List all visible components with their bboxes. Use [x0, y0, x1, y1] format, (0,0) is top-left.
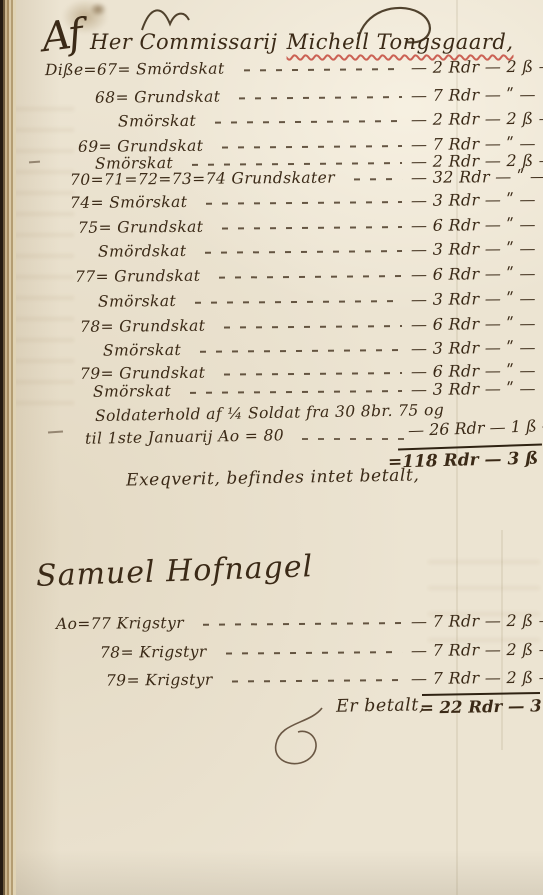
sum-rule [422, 692, 540, 696]
row-label: 77= Grundskat [75, 267, 200, 286]
row-label: 78= Krigstyr [100, 643, 207, 662]
row-label: Smördskat [98, 242, 187, 261]
row-amount: — 7 Rdr — ʺ — [411, 84, 541, 104]
soldaterhold-line1: Soldaterhold af ¼ Soldat fra 30 8br. 75 … [95, 401, 444, 425]
dotted-leader [190, 349, 402, 353]
ledger-row: 74= Smörskat — 3 Rdr — ʺ — [40, 189, 541, 213]
row-amount: — 3 Rdr — ʺ — [411, 378, 541, 398]
row-amount: — 6 Rdr — ʺ — [411, 263, 541, 283]
row-label: Smörskat [93, 382, 171, 401]
row-label: Ao=77 Krigstyr [56, 614, 184, 633]
row-amount: — 7 Rdr — 2 ß — [411, 639, 541, 659]
row-amount: — 3 Rdr — ʺ — [411, 288, 541, 308]
ledger-row: 77= Grundskat — 6 Rdr — ʺ — [40, 263, 541, 287]
pen-flourish-loop [262, 702, 346, 786]
dotted-leader [209, 275, 402, 279]
dotted-leader [185, 300, 402, 304]
dotted-leader [212, 145, 402, 149]
dotted-leader [214, 372, 402, 376]
row-label: Smörskat [103, 341, 181, 360]
row-amount: — 7 Rdr — 2 ß — [411, 610, 541, 630]
ledger-row: 68= Grundskat — 7 Rdr — ʺ — [40, 84, 541, 108]
ledger-row: Smörskat — 3 Rdr — ʺ — [40, 337, 541, 361]
ledger-row: Smörskat — 3 Rdr — ʺ — [40, 288, 541, 312]
row-label: 70=71=72=73=74 Grundskater [70, 169, 335, 189]
row-amount: — 6 Rdr — ʺ — [411, 313, 541, 333]
dotted-leader [222, 679, 402, 683]
row-label: 79= Krigstyr [106, 671, 213, 690]
title-initial: Af [40, 18, 83, 55]
section2-total: = 22 Rdr — 3 ß — [420, 696, 543, 718]
soldaterhold-line2: til 1ste Januarij Ao = 80 [85, 426, 284, 447]
row-amount: — 3 Rdr — ʺ — [411, 337, 541, 357]
dotted-leader [182, 162, 402, 166]
ledger-row: 75= Grundskat — 6 Rdr — ʺ — [40, 214, 541, 238]
exequerit-note: Exeqverit, befindes intet betalt, [126, 465, 420, 490]
section2-name: Samuel Hofnagel [35, 549, 313, 594]
row-amount: — 3 Rdr — ʺ — [411, 189, 541, 209]
ledger-row: Smörskat — 2 Rdr — 2 ß — [40, 108, 541, 132]
row-amount: — 6 Rdr — ʺ — [411, 214, 541, 234]
ledger-row: Smörskat — 3 Rdr — ʺ — [40, 378, 541, 402]
row-amount: — 7 Rdr — 2 ß — [411, 667, 541, 687]
dotted-leader [344, 178, 402, 181]
row-label: Diße=67= Smördskat [45, 60, 225, 80]
dotted-leader [205, 120, 402, 124]
row-label: 74= Smörskat [70, 193, 187, 212]
dotted-leader [292, 438, 404, 440]
row-amount: — 3 Rdr — ʺ — [411, 238, 541, 258]
ledger-row: 78= Grundskat — 6 Rdr — ʺ — [40, 313, 541, 337]
dotted-leader [229, 96, 402, 100]
book-binding [0, 0, 16, 895]
section1-header: Af Her Commissarij Michell Tongsgaard, [42, 20, 514, 54]
ink-bleedthrough [428, 538, 540, 650]
title-prefix: Her Commissarij [90, 30, 278, 54]
row-label: 78= Grundskat [80, 317, 205, 336]
row-label: Smörskat [98, 292, 176, 311]
dotted-leader [193, 622, 402, 626]
row-label: Smörskat [118, 112, 196, 131]
dotted-leader [212, 226, 402, 230]
ledger-row: 78= Krigstyr — 7 Rdr — 2 ß — [40, 639, 541, 663]
row-label: 75= Grundskat [78, 218, 203, 237]
row-label: 68= Grundskat [95, 88, 220, 107]
dotted-leader [214, 325, 402, 329]
dotted-leader [234, 68, 402, 71]
dotted-leader [216, 651, 402, 655]
paid-label: Er betalt, [336, 695, 425, 717]
dotted-leader [195, 250, 402, 254]
margin-dash [48, 430, 63, 433]
ledger-row: Smördskat — 3 Rdr — ʺ — [40, 238, 541, 262]
commissary-name: Michell Tongsgaard, [287, 30, 514, 54]
row-amount: — 32 Rdr — ʺ — [411, 166, 541, 186]
ledger-row: 79= Krigstyr — 7 Rdr — 2 ß — [40, 667, 541, 691]
manuscript-page: Af Her Commissarij Michell Tongsgaard, D… [0, 0, 543, 895]
dotted-leader [180, 390, 402, 394]
row-amount: — 2 Rdr — 2 ß — [411, 108, 541, 128]
ledger-row: 70=71=72=73=74 Grundskater — 32 Rdr — ʺ … [40, 166, 541, 190]
dotted-leader [196, 201, 402, 205]
